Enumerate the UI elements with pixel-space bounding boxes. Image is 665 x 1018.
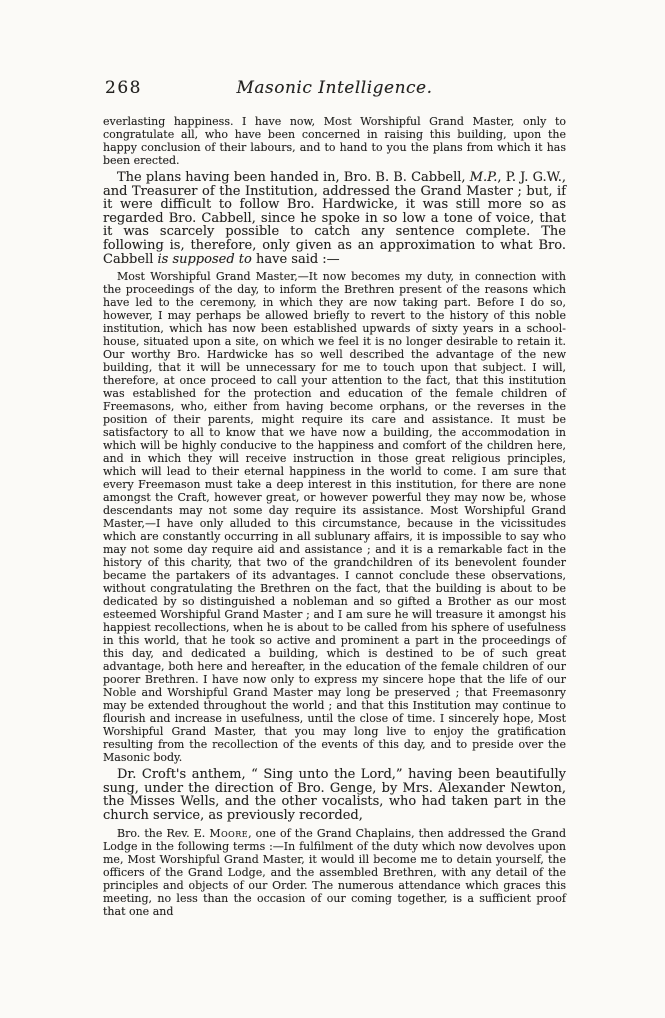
para-rev-moore: Bro. the Rev. E. Moore, one of the Grand…	[103, 827, 566, 918]
text-segment: have said :—	[252, 252, 340, 267]
page-header: 268 Masonic Intelligence.	[103, 78, 566, 100]
para-crofts-anthem: Dr. Croft's anthem, “ Sing unto the Lord…	[103, 768, 566, 822]
para-everlasting-happiness: everlasting happiness. I have now, Most …	[103, 115, 566, 167]
text-segment: Bro. the Rev. E.	[117, 827, 209, 840]
document-page: 268 Masonic Intelligence. everlasting ha…	[0, 0, 665, 1018]
text-segment: Moore	[209, 827, 248, 840]
text-segment: Dr. Croft's anthem, “ Sing unto the Lord…	[103, 767, 566, 823]
text-segment: , one of the Grand Chaplains, then addre…	[103, 827, 566, 918]
text-column: 268 Masonic Intelligence. everlasting ha…	[103, 78, 566, 918]
text-segment: is supposed to	[157, 252, 251, 267]
para-plans-handed-in: The plans having been handed in, Bro. B.…	[103, 171, 566, 266]
text-segment: Most Worshipful Grand Master,—It now bec…	[103, 270, 566, 764]
running-title: Masonic Intelligence.	[103, 78, 566, 98]
para-cabbell-speech: Most Worshipful Grand Master,—It now bec…	[103, 270, 566, 764]
text-segment: everlasting happiness. I have now, Most …	[103, 115, 566, 167]
page-body: everlasting happiness. I have now, Most …	[103, 115, 566, 918]
page-number: 268	[105, 78, 142, 98]
